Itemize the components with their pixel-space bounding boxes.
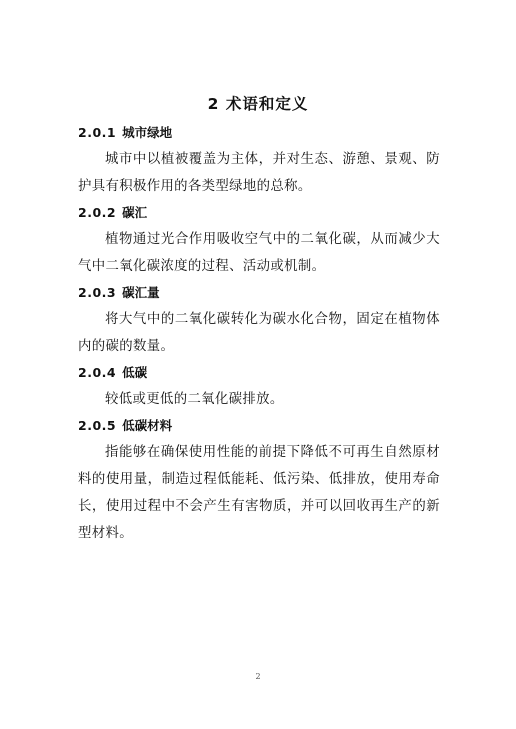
term-definition: 城市中以植被覆盖为主体，并对生态、游憩、景观、防护具有积极作用的各类型绿地的总称… (78, 146, 440, 200)
term-heading: 2.0.2碳汇 (78, 200, 440, 226)
term-2-0-1: 2.0.1城市绿地 城市中以植被覆盖为主体，并对生态、游憩、景观、防护具有积极作… (78, 120, 440, 200)
term-definition: 植物通过光合作用吸收空气中的二氧化碳，从而减少大气中二氧化碳浓度的过程、活动或机… (78, 226, 440, 280)
term-2-0-3: 2.0.3碳汇量 将大气中的二氧化碳转化为碳水化合物，固定在植物体内的碳的数量。 (78, 280, 440, 360)
term-number: 2.0.4 (78, 365, 116, 380)
term-name: 碳汇量 (122, 285, 160, 300)
term-2-0-5: 2.0.5低碳材料 指能够在确保使用性能的前提下降低不可再生自然原材料的使用量，… (78, 413, 440, 547)
term-heading: 2.0.5低碳材料 (78, 413, 440, 439)
term-heading: 2.0.3碳汇量 (78, 280, 440, 306)
term-number: 2.0.3 (78, 285, 116, 300)
terms-list: 2.0.1城市绿地 城市中以植被覆盖为主体，并对生态、游憩、景观、防护具有积极作… (78, 120, 440, 547)
term-definition: 指能够在确保使用性能的前提下降低不可再生自然原材料的使用量，制造过程低能耗、低污… (78, 439, 440, 547)
term-number: 2.0.2 (78, 205, 116, 220)
term-name: 碳汇 (122, 205, 147, 220)
term-definition: 将大气中的二氧化碳转化为碳水化合物，固定在植物体内的碳的数量。 (78, 306, 440, 360)
term-name: 低碳材料 (122, 418, 172, 433)
term-heading: 2.0.4低碳 (78, 360, 440, 386)
document-page: 2 术语和定义 2.0.1城市绿地 城市中以植被覆盖为主体，并对生态、游憩、景观… (0, 0, 516, 729)
term-name: 城市绿地 (122, 125, 172, 140)
chapter-title: 2 术语和定义 (0, 92, 516, 114)
term-2-0-2: 2.0.2碳汇 植物通过光合作用吸收空气中的二氧化碳，从而减少大气中二氧化碳浓度… (78, 200, 440, 280)
term-number: 2.0.5 (78, 418, 116, 433)
term-2-0-4: 2.0.4低碳 较低或更低的二氧化碳排放。 (78, 360, 440, 413)
term-heading: 2.0.1城市绿地 (78, 120, 440, 146)
page-number: 2 (0, 672, 516, 681)
term-number: 2.0.1 (78, 125, 116, 140)
term-definition: 较低或更低的二氧化碳排放。 (78, 386, 440, 413)
term-name: 低碳 (122, 365, 147, 380)
